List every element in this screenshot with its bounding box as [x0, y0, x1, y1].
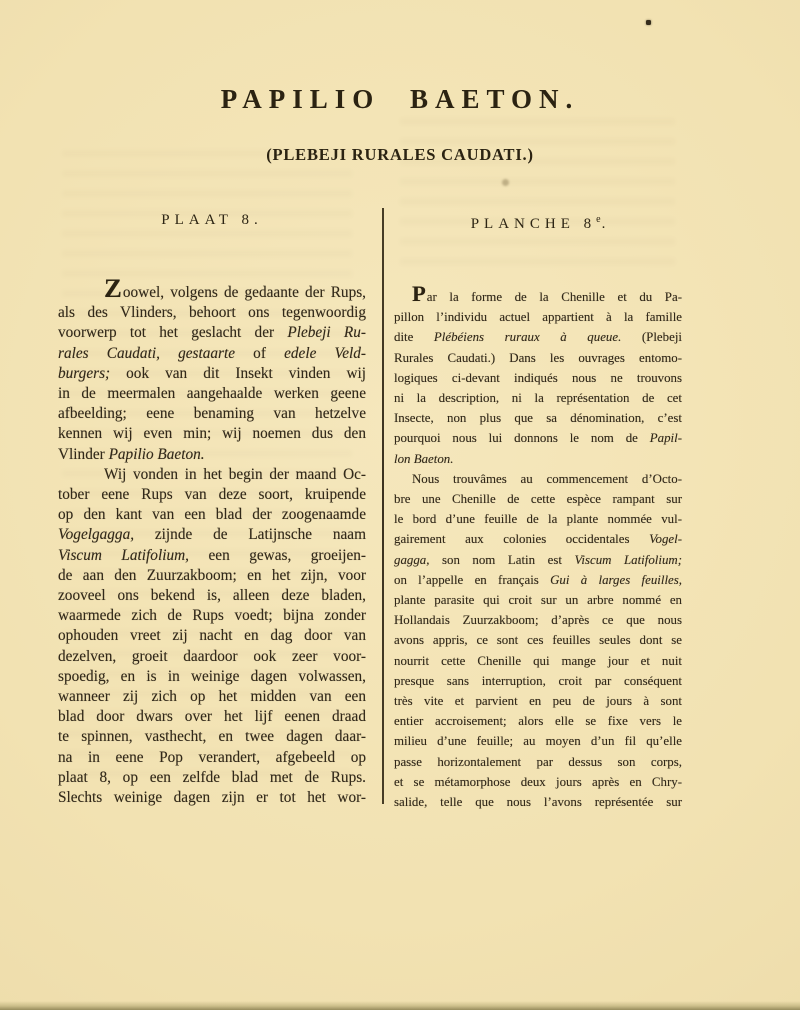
text-line: als des Vlinders, behoort ons tegenwoord…: [58, 303, 366, 323]
scanned-book-page: PAPILIO BAETON. (PLEBEJI RURALES CAUDATI…: [0, 0, 800, 1010]
text-line: burgers; ook van dit Insekt vinden wij: [58, 364, 366, 384]
text-line: Hollandais Zuurzakboom; d’après ce que n…: [394, 610, 682, 630]
text-line: entier accroisement; alors elle se fixe …: [394, 711, 682, 731]
paragraph: Wij vonden in het begin der maand Oc-tob…: [58, 465, 366, 808]
text-line: dite Plébéiens ruraux à queue. (Plebeji: [394, 327, 682, 347]
text-line: bre une Chenille de cette espèce rampant…: [394, 489, 682, 509]
text-line: nourrit cette Chenille qui mange jour et…: [394, 651, 682, 671]
page-title: PAPILIO BAETON.: [0, 84, 800, 115]
text-line: te spinnen, vasthecht, en twee dagen daa…: [58, 727, 366, 747]
series-subtitle: (PLEBEJI RURALES CAUDATI.): [0, 145, 800, 165]
column-divider-rule: [382, 208, 384, 804]
text-line: gagga, son nom Latin est Viscum Latifoli…: [394, 550, 682, 570]
text-line: Viscum Latifolium, een gewas, groeijen-: [58, 546, 366, 566]
text-line: Zoowel, volgens de gedaante der Rups,: [58, 283, 366, 303]
dutch-column: PLAAT 8. Zoowel, volgens de gedaante der…: [58, 210, 366, 808]
plate-heading-dutch: PLAAT 8.: [58, 210, 366, 230]
text-line: et se métamorphose deux jours après en C…: [394, 772, 682, 792]
ink-speck: [646, 20, 651, 25]
page-bottom-edge: [0, 1001, 800, 1010]
text-line: rales Caudati, gestaarte of edele Veld-: [58, 344, 366, 364]
text-line: de aan den Zuurzakboom; en het zijn, voo…: [58, 566, 366, 586]
text-line: très vite et parvient en peu de jours à …: [394, 691, 682, 711]
text-line: zooveel ons bekend is, alleen deze blade…: [58, 586, 366, 606]
text-line: gairement aux colonies occidentales Voge…: [394, 529, 682, 549]
text-line: blad door dwars over het lijf eenen draa…: [58, 707, 366, 727]
text-line: dezelven, groeit daardoor ook zeer voor-: [58, 647, 366, 667]
text-line: Slechts weinige dagen zijn er tot het wo…: [58, 788, 366, 808]
paragraph: Nous trouvâmes au commencement d’Octo-br…: [394, 469, 682, 812]
text-line: passe horizontalement par dessus son cor…: [394, 752, 682, 772]
text-line: milieu d’une feuille; au moyen d’un fil …: [394, 731, 682, 751]
text-line: na in eene Pop verandert, afgebeeld op: [58, 748, 366, 768]
text-line: logiques ci-devant indiqués nous ne trou…: [394, 368, 682, 388]
text-line: ophouden vreet zij nacht en dag door van: [58, 626, 366, 646]
plate-heading-french: PLANCHE 8e.: [394, 210, 682, 234]
text-line: afbeelding; eene benaming van hetzelve: [58, 404, 366, 424]
text-line: wanneer zij zich op het midden van een: [58, 687, 366, 707]
text-line: avons appris, ce sont ces feuilles seule…: [394, 630, 682, 650]
text-line: pourquoi nous lui donnons le nom de Papi…: [394, 428, 682, 448]
text-line: Nous trouvâmes au commencement d’Octo-: [394, 469, 682, 489]
text-line: pillon l’individu actuel appartient à la…: [394, 307, 682, 327]
text-line: Insecte, non plus que sa dénomination, c…: [394, 408, 682, 428]
text-line: Wij vonden in het begin der maand Oc-: [58, 465, 366, 485]
faint-mark: [502, 179, 509, 186]
text-line: Vlinder Papilio Baeton.: [58, 445, 366, 465]
text-line: salide, telle que nous l’avons représent…: [394, 792, 682, 812]
text-line: plaat 8, op een zelfde blad met de Rups.: [58, 768, 366, 788]
text-line: in de meermalen aangehaalde werken geene: [58, 384, 366, 404]
text-line: presque sans interruption, croit par con…: [394, 671, 682, 691]
text-line: Rurales Caudati.) Dans les ouvrages ento…: [394, 348, 682, 368]
text-line: on l’appelle en français Gui à larges fe…: [394, 570, 682, 590]
french-text-body: Par la forme de la Chenille et du Pa-pil…: [394, 287, 682, 812]
text-line: spoedig, en is in weinige dagen volwasse…: [58, 667, 366, 687]
text-line: lon Baeton.: [394, 449, 682, 469]
text-line: tober eene Rups van deze soort, kruipend…: [58, 485, 366, 505]
text-line: op den kant van een blad der zoogenaamde: [58, 505, 366, 525]
text-line: Vogelgagga, zijnde de Latijnsche naam: [58, 525, 366, 545]
paragraph: Zoowel, volgens de gedaante der Rups,als…: [58, 283, 366, 465]
plate-heading-french-main: PLANCHE 8: [471, 216, 596, 232]
text-line: le bord d’une feuille de la plante nommé…: [394, 509, 682, 529]
text-line: waarmede zich de Rups voedt; bijna zonde…: [58, 606, 366, 626]
text-line: ni la description, ni la représentation …: [394, 388, 682, 408]
french-column: PLANCHE 8e. Par la forme de la Chenille …: [394, 210, 682, 812]
text-line: voorwerp tot het geslacht der Plebeji Ru…: [58, 323, 366, 343]
plate-heading-french-period: .: [602, 216, 606, 232]
dutch-text-body: Zoowel, volgens de gedaante der Rups,als…: [58, 283, 366, 808]
text-line: Par la forme de la Chenille et du Pa-: [394, 287, 682, 307]
paragraph: Par la forme de la Chenille et du Pa-pil…: [394, 287, 682, 469]
drop-cap-initial: Z: [104, 273, 122, 303]
text-line: plante parasite qui croit sur un arbre n…: [394, 590, 682, 610]
drop-cap-initial: P: [412, 281, 426, 306]
text-line: kennen wij even min; wij noemen dus den: [58, 424, 366, 444]
